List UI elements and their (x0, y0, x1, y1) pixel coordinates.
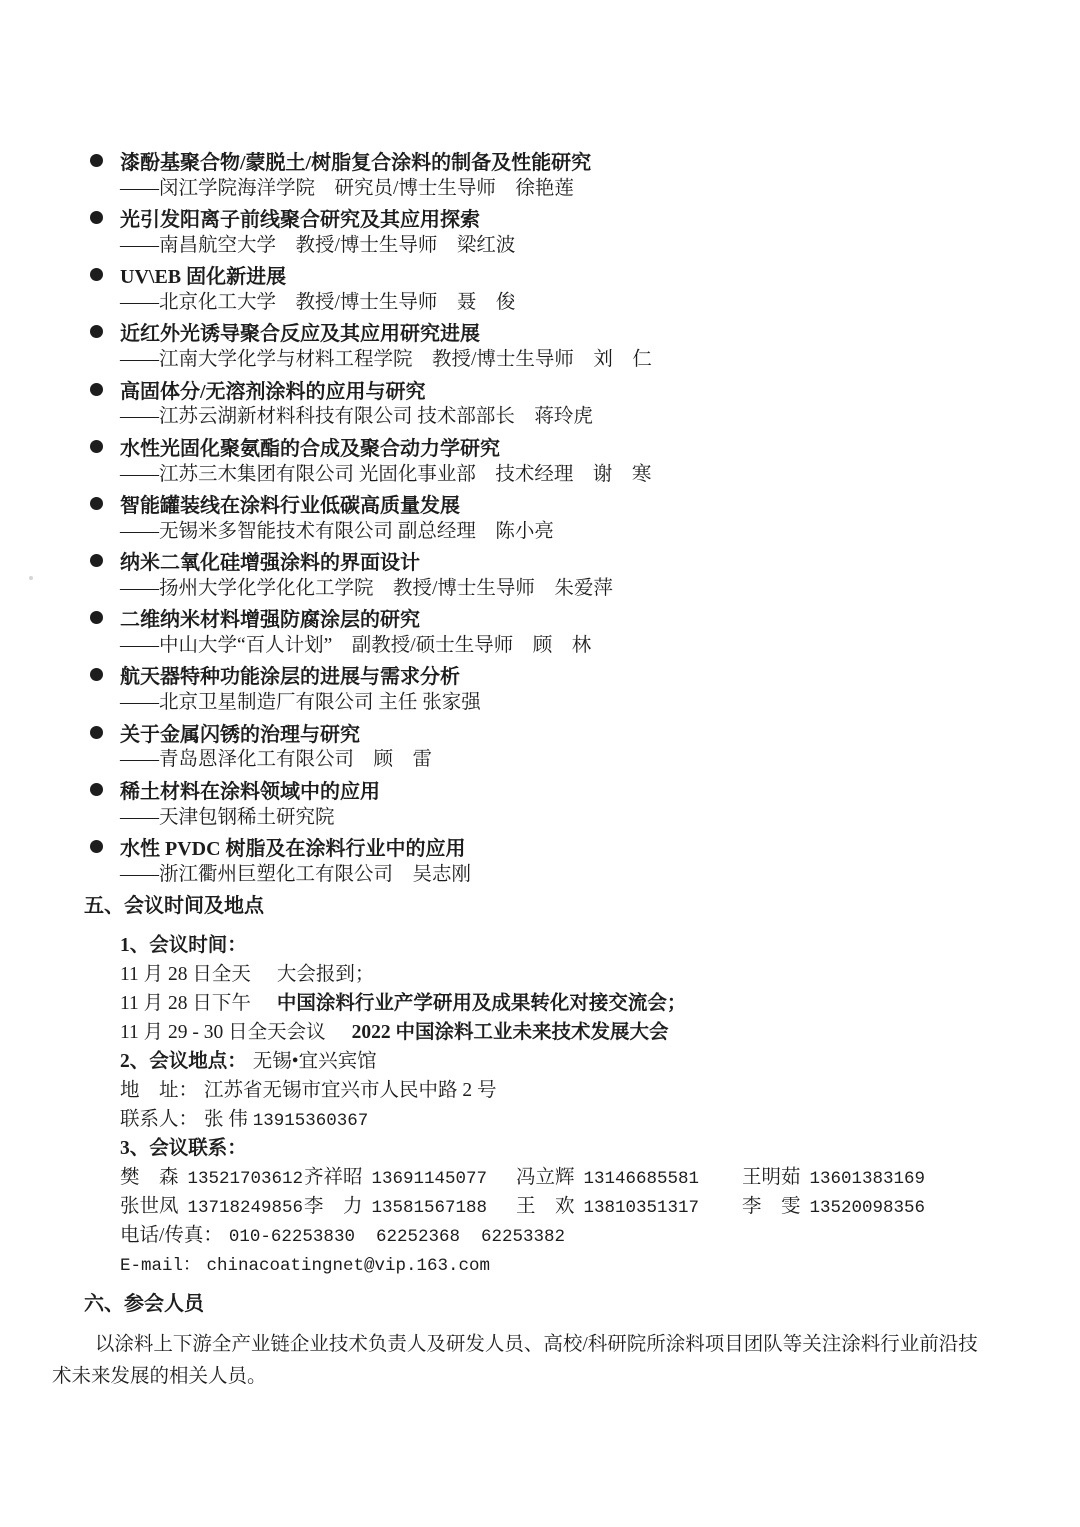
contact-cell: 王明茹13601383169 (742, 1163, 1080, 1194)
topic-title-row: 光引发阳离子前线聚合研究及其应用探索 (90, 203, 1080, 232)
schedule-date: 11 月 29 - 30 日全天会议 (120, 1022, 326, 1043)
contact-cell: 冯立辉13146685581 (516, 1163, 742, 1194)
topic-presenter: ——天津包钢稀土研究院 (90, 804, 1080, 833)
contact-phone: 13601383169 (810, 1169, 926, 1189)
topic-title: 关于金属闪锈的治理与研究 (120, 718, 360, 747)
topic-item: 漆酚基聚合物/蒙脱土/树脂复合涂料的制备及性能研究 ——闵江学院海洋学院 研究员… (90, 146, 1080, 203)
bullet-icon (90, 211, 103, 224)
topic-title: 稀土材料在涂料领域中的应用 (120, 775, 380, 804)
schedule-event: 中国涂料行业产学研用及成果转化对接交流会； (277, 993, 687, 1014)
contact-name: 齐祥昭 (304, 1167, 363, 1188)
topic-item: 高固体分/无溶剂涂料的应用与研究 ——江苏云湖新材料科技有限公司 技术部部长 蒋… (90, 375, 1080, 432)
bullet-icon (90, 154, 103, 167)
topic-title: 二维纳米材料增强防腐涂层的研究 (120, 603, 420, 632)
email-value: chinacoatingnet@vip.163.com (207, 1256, 491, 1276)
bullet-icon (90, 268, 103, 281)
contact-cell: 齐祥昭13691145077 (304, 1163, 516, 1194)
topic-title-row: 水性光固化聚氨酯的合成及聚合动力学研究 (90, 432, 1080, 461)
topic-title: 漆酚基聚合物/蒙脱土/树脂复合涂料的制备及性能研究 (120, 146, 591, 175)
topic-presenter: ——北京卫星制造厂有限公司 主任 张家强 (90, 689, 1080, 718)
contact-phone: 13691145077 (372, 1169, 488, 1189)
contact-name: 张世凤 (120, 1196, 179, 1217)
bullet-icon (90, 611, 103, 624)
bullet-icon (90, 783, 103, 796)
meeting-time-label: 1、会议时间： (120, 935, 247, 956)
schedule-row: 11 月 28 日全天大会报到； (120, 960, 1080, 989)
telfax-label: 电话/传真： (120, 1225, 223, 1246)
address-value: 江苏省无锡市宜兴市人民中路 2 号 (204, 1080, 497, 1101)
topic-title-row: 水性 PVDC 树脂及在涂料行业中的应用 (90, 832, 1080, 861)
schedule-row: 11 月 28 日下午中国涂料行业产学研用及成果转化对接交流会； (120, 989, 1080, 1018)
topic-presenter: ——江苏云湖新材料科技有限公司 技术部部长 蒋玲虎 (90, 403, 1080, 432)
topic-presenter: ——闵江学院海洋学院 研究员/博士生导师 徐艳莲 (90, 175, 1080, 204)
topic-presenter: ——无锡米多智能技术有限公司 副总经理 陈小亮 (90, 518, 1080, 547)
liaison-name: 张 伟 (204, 1109, 248, 1130)
topic-item: 稀土材料在涂料领域中的应用 ——天津包钢稀土研究院 (90, 775, 1080, 832)
scan-artifact-dot (29, 576, 33, 580)
address-label: 地 址： (120, 1080, 198, 1101)
contact-row: 张世凤13718249856 李 力13581567188 王 欢1381035… (120, 1192, 1080, 1221)
topic-presenter: ——青岛恩泽化工有限公司 顾 雷 (90, 746, 1080, 775)
bullet-icon (90, 668, 103, 681)
topic-presenter: ——中山大学“百人计划” 副教授/硕士生导师 顾 林 (90, 632, 1080, 661)
topic-title: 水性 PVDC 树脂及在涂料行业中的应用 (120, 832, 466, 861)
contact-cell: 张世凤13718249856 (120, 1192, 304, 1223)
topic-title-row: 稀土材料在涂料领域中的应用 (90, 775, 1080, 804)
topic-title-row: 航天器特种功能涂层的进展与需求分析 (90, 661, 1080, 690)
email-row: E-mail：chinacoatingnet@vip.163.com (120, 1250, 1080, 1279)
contact-cell: 李 力13581567188 (304, 1192, 516, 1223)
participants-paragraph: 以涂料上下游全产业链企业技术负责人及研发人员、高校/科研院所涂料项目团队等关注涂… (52, 1329, 990, 1393)
venue-label: 2、会议地点： (120, 1051, 247, 1072)
topic-title-row: 纳米二氧化硅增强涂料的界面设计 (90, 546, 1080, 575)
topic-title: 纳米二氧化硅增强涂料的界面设计 (120, 546, 420, 575)
topic-item: 水性光固化聚氨酯的合成及聚合动力学研究 ——江苏三木集团有限公司 光固化事业部 … (90, 432, 1080, 489)
contact-cell: 王 欢13810351317 (516, 1192, 742, 1223)
contacts-label-row: 3、会议联系： (120, 1134, 1080, 1163)
topic-presenter: ——江苏三木集团有限公司 光固化事业部 技术经理 谢 寒 (90, 461, 1080, 490)
topic-presenter: ——北京化工大学 教授/博士生导师 聂 俊 (90, 289, 1080, 318)
liaison-phone: 13915360367 (253, 1111, 369, 1131)
schedule-date: 11 月 28 日下午 (120, 993, 251, 1014)
topic-title: 水性光固化聚氨酯的合成及聚合动力学研究 (120, 432, 500, 461)
topic-presenter: ——南昌航空大学 教授/博士生导师 梁红波 (90, 232, 1080, 261)
contact-phone: 13146685581 (584, 1169, 700, 1189)
email-label: E-mail： (120, 1256, 201, 1276)
topic-item: 光引发阳离子前线聚合研究及其应用探索 ——南昌航空大学 教授/博士生导师 梁红波 (90, 203, 1080, 260)
contact-name: 李 力 (304, 1196, 363, 1217)
section5-body: 1、会议时间： 11 月 28 日全天大会报到； 11 月 28 日下午中国涂料… (120, 931, 1080, 1279)
contact-phone: 13810351317 (584, 1198, 700, 1218)
topic-title: UV\EB 固化新进展 (120, 260, 286, 289)
topic-title: 智能罐装线在涂料行业低碳高质量发展 (120, 489, 460, 518)
topic-title-row: 二维纳米材料增强防腐涂层的研究 (90, 604, 1080, 633)
bullet-icon (90, 554, 103, 567)
topic-title: 光引发阳离子前线聚合研究及其应用探索 (120, 203, 480, 232)
contact-phone: 13521703612 (188, 1169, 304, 1189)
contact-name: 李 雯 (742, 1196, 801, 1217)
bullet-icon (90, 383, 103, 396)
topic-item: 近红外光诱导聚合反应及其应用研究进展 ——江南大学化学与材料工程学院 教授/博士… (90, 318, 1080, 375)
topic-title-row: 关于金属闪锈的治理与研究 (90, 718, 1080, 747)
liaison-row: 联系人：张 伟 13915360367 (120, 1105, 1080, 1134)
schedule-date: 11 月 28 日全天 (120, 964, 251, 985)
section-meeting-time-location: 五、会议时间及地点 1、会议时间： 11 月 28 日全天大会报到； 11 月 … (0, 891, 1080, 1279)
liaison-label: 联系人： (120, 1109, 198, 1130)
topic-item: 二维纳米材料增强防腐涂层的研究 ——中山大学“百人计划” 副教授/硕士生导师 顾… (90, 604, 1080, 661)
topic-title: 航天器特种功能涂层的进展与需求分析 (120, 660, 460, 689)
schedule-event: 大会报到； (277, 964, 375, 985)
bullet-icon (90, 726, 103, 739)
section6-heading: 六、参会人员 (84, 1289, 1080, 1319)
contact-phone: 13520098356 (810, 1198, 926, 1218)
topic-item: 航天器特种功能涂层的进展与需求分析 ——北京卫星制造厂有限公司 主任 张家强 (90, 661, 1080, 718)
section-participants: 六、参会人员 以涂料上下游全产业链企业技术负责人及研发人员、高校/科研院所涂料项… (0, 1289, 1080, 1393)
topic-presenter: ——浙江衢州巨塑化工有限公司 吴志刚 (90, 861, 1080, 890)
contact-name: 王明茹 (742, 1167, 801, 1188)
topic-item: UV\EB 固化新进展 ——北京化工大学 教授/博士生导师 聂 俊 (90, 260, 1080, 317)
topic-title-row: 高固体分/无溶剂涂料的应用与研究 (90, 375, 1080, 404)
contact-name: 冯立辉 (516, 1167, 575, 1188)
contact-name: 王 欢 (516, 1196, 575, 1217)
topic-item: 水性 PVDC 树脂及在涂料行业中的应用 ——浙江衢州巨塑化工有限公司 吴志刚 (90, 832, 1080, 889)
topic-item: 纳米二氧化硅增强涂料的界面设计 ——扬州大学化学化化工学院 教授/博士生导师 朱… (90, 546, 1080, 603)
topic-presenter: ——扬州大学化学化化工学院 教授/博士生导师 朱爱萍 (90, 575, 1080, 604)
topic-title-row: UV\EB 固化新进展 (90, 260, 1080, 289)
schedule-row: 11 月 29 - 30 日全天会议2022 中国涂料工业未来技术发展大会 (120, 1018, 1080, 1047)
topic-title: 高固体分/无溶剂涂料的应用与研究 (120, 375, 426, 404)
topic-title: 近红外光诱导聚合反应及其应用研究进展 (120, 317, 480, 346)
document-page: 漆酚基聚合物/蒙脱土/树脂复合涂料的制备及性能研究 ——闵江学院海洋学院 研究员… (0, 0, 1080, 1527)
section5-heading: 五、会议时间及地点 (84, 891, 1080, 921)
topic-title-row: 漆酚基聚合物/蒙脱土/树脂复合涂料的制备及性能研究 (90, 146, 1080, 175)
topic-title-row: 近红外光诱导聚合反应及其应用研究进展 (90, 318, 1080, 347)
topic-item: 关于金属闪锈的治理与研究 ——青岛恩泽化工有限公司 顾 雷 (90, 718, 1080, 775)
topic-item: 智能罐装线在涂料行业低碳高质量发展 ——无锡米多智能技术有限公司 副总经理 陈小… (90, 489, 1080, 546)
telfax-value: 010-62253830 62252368 62253382 (229, 1227, 565, 1247)
bullet-icon (90, 497, 103, 510)
contact-cell: 李 雯13520098356 (742, 1192, 1080, 1223)
meeting-time-label-row: 1、会议时间： (120, 931, 1080, 960)
contact-phone: 13581567188 (372, 1198, 488, 1218)
bullet-icon (90, 840, 103, 853)
contact-row: 樊 森13521703612 齐祥昭13691145077 冯立辉1314668… (120, 1163, 1080, 1192)
address-row: 地 址：江苏省无锡市宜兴市人民中路 2 号 (120, 1076, 1080, 1105)
contacts-label: 3、会议联系： (120, 1138, 247, 1159)
topic-presenter: ——江南大学化学与材料工程学院 教授/博士生导师 刘 仁 (90, 346, 1080, 375)
contact-phone: 13718249856 (188, 1198, 304, 1218)
contact-cell: 樊 森13521703612 (120, 1163, 304, 1194)
presentation-topics-list: 漆酚基聚合物/蒙脱土/树脂复合涂料的制备及性能研究 ——闵江学院海洋学院 研究员… (90, 146, 1080, 889)
venue-value: 无锡•宜兴宾馆 (253, 1051, 377, 1072)
bullet-icon (90, 325, 103, 338)
bullet-icon (90, 440, 103, 453)
telfax-row: 电话/传真：010-62253830 62252368 62253382 (120, 1221, 1080, 1250)
topic-title-row: 智能罐装线在涂料行业低碳高质量发展 (90, 489, 1080, 518)
contact-name: 樊 森 (120, 1167, 179, 1188)
venue-row: 2、会议地点：无锡•宜兴宾馆 (120, 1047, 1080, 1076)
schedule-event: 2022 中国涂料工业未来技术发展大会 (352, 1022, 669, 1043)
